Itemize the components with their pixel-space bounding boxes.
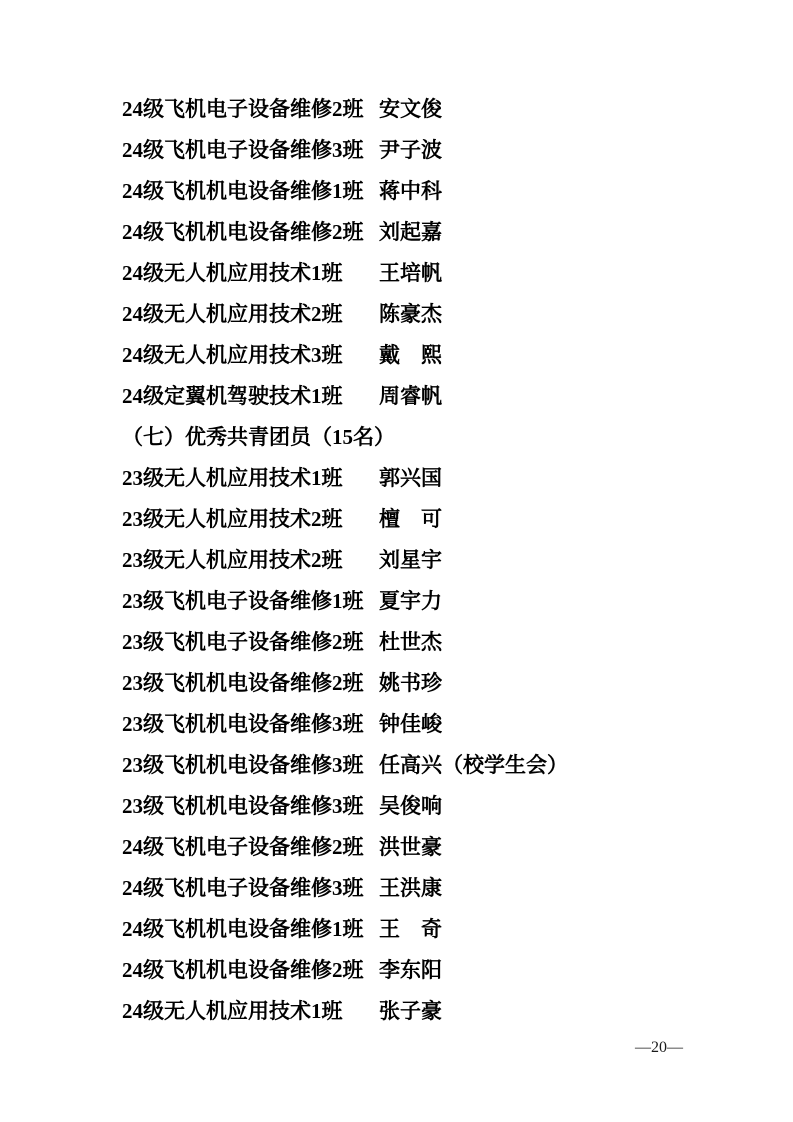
class-label: 23级飞机机电设备维修3班	[122, 790, 379, 820]
roster-row: 23级飞机机电设备维修2班 姚书珍	[122, 661, 722, 702]
student-name: 陈豪杰	[379, 298, 442, 328]
class-label: 24级无人机应用技术1班	[122, 257, 379, 287]
student-name: 郭兴国	[379, 462, 442, 492]
roster-row: 24级飞机机电设备维修2班 李东阳	[122, 948, 722, 989]
class-label: 23级飞机机电设备维修2班	[122, 667, 379, 697]
student-name: 洪世豪	[379, 831, 442, 861]
roster-row: 24级无人机应用技术1班 张子豪	[122, 989, 722, 1030]
student-name: 王 奇	[379, 913, 442, 943]
student-name: 刘星宇	[379, 544, 442, 574]
roster-row: 23级飞机电子设备维修1班 夏宇力	[122, 579, 722, 620]
student-name: 吴俊响	[379, 790, 442, 820]
class-label: 24级飞机电子设备维修2班	[122, 93, 379, 123]
roster-row: 24级定翼机驾驶技术1班 周睿帆	[122, 374, 722, 415]
student-name: 王培帆	[379, 257, 442, 287]
section-header-text: （七）优秀共青团员（15名）	[122, 421, 395, 451]
roster-row: 23级飞机机电设备维修3班 钟佳峻	[122, 702, 722, 743]
roster-row: 24级飞机机电设备维修2班 刘起嘉	[122, 210, 722, 251]
roster-row: 23级飞机机电设备维修3班 吴俊响	[122, 784, 722, 825]
class-label: 24级无人机应用技术2班	[122, 298, 379, 328]
class-label: 23级无人机应用技术2班	[122, 544, 379, 574]
roster-row: 24级飞机电子设备维修2班 安文俊	[122, 87, 722, 128]
student-name: 尹子波	[379, 134, 442, 164]
class-label: 24级飞机机电设备维修1班	[122, 175, 379, 205]
roster-row: 24级无人机应用技术3班 戴 熙	[122, 333, 722, 374]
roster-row: 23级无人机应用技术2班 刘星宇	[122, 538, 722, 579]
class-label: 24级飞机电子设备维修3班	[122, 134, 379, 164]
document-page: { "document": { "lines": [ { "type": "en…	[0, 0, 793, 1122]
student-name: 夏宇力	[379, 585, 442, 615]
student-name: 钟佳峻	[379, 708, 442, 738]
roster-row: 24级飞机机电设备维修1班 王 奇	[122, 907, 722, 948]
student-name: 檀 可	[379, 503, 442, 533]
class-label: 24级无人机应用技术1班	[122, 995, 379, 1025]
class-label: 23级无人机应用技术2班	[122, 503, 379, 533]
class-label: 24级飞机电子设备维修3班	[122, 872, 379, 902]
student-name: 蒋中科	[379, 175, 442, 205]
class-label: 24级飞机电子设备维修2班	[122, 831, 379, 861]
class-label: 23级飞机电子设备维修1班	[122, 585, 379, 615]
roster-row: 23级飞机电子设备维修2班 杜世杰	[122, 620, 722, 661]
class-label: 24级飞机机电设备维修2班	[122, 954, 379, 984]
student-name: 张子豪	[379, 995, 442, 1025]
class-label: 23级飞机机电设备维修3班	[122, 708, 379, 738]
class-label: 24级无人机应用技术3班	[122, 339, 379, 369]
student-name: 姚书珍	[379, 667, 442, 697]
roster-row: 24级飞机机电设备维修1班 蒋中科	[122, 169, 722, 210]
roster-row: 23级飞机机电设备维修3班 任高兴（校学生会）	[122, 743, 722, 784]
roster-row: 23级无人机应用技术2班 檀 可	[122, 497, 722, 538]
page-number: —20—	[635, 1039, 683, 1057]
class-label: 23级无人机应用技术1班	[122, 462, 379, 492]
class-label: 24级飞机机电设备维修2班	[122, 216, 379, 246]
class-label: 23级飞机电子设备维修2班	[122, 626, 379, 656]
class-label: 23级飞机机电设备维修3班	[122, 749, 379, 779]
roster-row: 23级无人机应用技术1班 郭兴国	[122, 456, 722, 497]
student-name: 戴 熙	[379, 339, 442, 369]
student-name: 王洪康	[379, 872, 442, 902]
roster-row: 24级无人机应用技术2班 陈豪杰	[122, 292, 722, 333]
student-name: 刘起嘉	[379, 216, 442, 246]
award-roster: 24级飞机电子设备维修2班 安文俊 24级飞机电子设备维修3班 尹子波 24级飞…	[122, 87, 722, 1030]
roster-row: 24级飞机电子设备维修3班 尹子波	[122, 128, 722, 169]
roster-row: 24级无人机应用技术1班 王培帆	[122, 251, 722, 292]
student-name: 李东阳	[379, 954, 442, 984]
student-name: 任高兴（校学生会）	[379, 749, 568, 779]
student-name: 杜世杰	[379, 626, 442, 656]
student-name: 周睿帆	[379, 380, 442, 410]
class-label: 24级定翼机驾驶技术1班	[122, 380, 379, 410]
section-header: （七）优秀共青团员（15名）	[122, 415, 722, 456]
roster-row: 24级飞机电子设备维修3班 王洪康	[122, 866, 722, 907]
student-name: 安文俊	[379, 93, 442, 123]
roster-row: 24级飞机电子设备维修2班 洪世豪	[122, 825, 722, 866]
class-label: 24级飞机机电设备维修1班	[122, 913, 379, 943]
